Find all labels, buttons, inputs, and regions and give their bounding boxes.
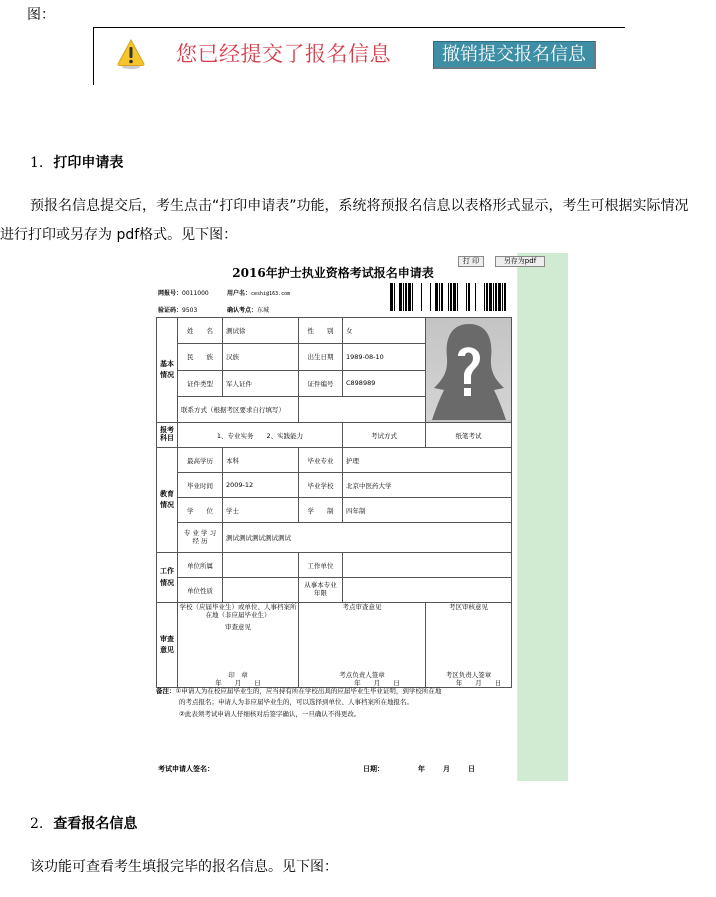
exam-mode-value: 纸笔考试 [426, 423, 512, 448]
work-years-value [343, 578, 512, 603]
exam-site: 确认考点：东城 [227, 305, 269, 314]
section-number: 2. [30, 816, 43, 832]
gender-label: 性 别 [299, 318, 343, 344]
school-review-heading: 学校（应届毕业生）或单位、人事档案所在地（非应届毕业生） [178, 603, 298, 619]
ethnic-label: 民 族 [178, 344, 223, 370]
degree-value: 学士 [223, 498, 299, 523]
school-review-subheading: 审查意见 [178, 623, 298, 631]
figure-label: 图： [27, 4, 55, 24]
barcode-image [390, 283, 508, 311]
site-review-cell: 考点审查意见 考点负责人签章 年 月 日 [299, 603, 426, 688]
study-experience-label: 专 业 学 习 经 历 [178, 523, 223, 553]
study-length-label: 学 制 [299, 498, 343, 523]
major-value: 护理 [343, 448, 512, 473]
site-review-heading: 考点审查意见 [299, 603, 425, 611]
graduation-time-value: 2009-12 [223, 473, 299, 498]
remarks-label: 备注： [156, 687, 176, 695]
subjects-category: 报考科目 [157, 423, 178, 448]
notice-message: 您已经提交了报名信息 [176, 38, 391, 68]
affiliation-label: 单位所属 [178, 553, 223, 578]
applicant-signature-label: 考试申请人签名： [158, 764, 214, 774]
date-year: 年 [418, 764, 425, 774]
section-number: 1. [30, 155, 43, 171]
education-level-value: 本科 [223, 448, 299, 473]
subjects-value: 1、专业实务 2、实践能力 [178, 423, 343, 448]
education-level-label: 最高学历 [178, 448, 223, 473]
work-category: 工作情况 [157, 553, 178, 603]
employer-nature-value [223, 578, 299, 603]
name-value: 测试徐 [223, 318, 299, 344]
remark-1-line1: ①申请人为在校应届毕业生的，应当持有所在学校出具的应届毕业生毕业证明，到学校所在… [176, 687, 442, 695]
district-review-cell: 考区审核意见 考区负责人签章 年 月 日 [426, 603, 512, 688]
district-review-heading: 考区审核意见 [426, 603, 511, 611]
gender-value: 女 [343, 318, 426, 344]
section-1-para-line2: 进行打印或另存为 pdf格式。见下图： [0, 224, 237, 244]
undo-submission-button[interactable]: 撤销提交报名信息 [433, 41, 596, 69]
employer-value [343, 553, 512, 578]
date-month: 月 [443, 764, 450, 774]
contact-label: 联系方式（根据考区要求自行填写） [178, 396, 299, 422]
warning-triangle-icon [116, 38, 146, 70]
contact-value [299, 396, 426, 422]
id-number-value: C898989 [343, 370, 426, 396]
remark-2: ②此表须考试申请人仔细核对后签字确认，一旦确认不得更改。 [156, 709, 511, 720]
school-label: 毕业学校 [299, 473, 343, 498]
degree-label: 学 位 [178, 498, 223, 523]
section-2-para: 该功能可查看考生填报完毕的报名信息。见下图： [30, 856, 338, 876]
id-number-label: 证件编号 [299, 370, 343, 396]
study-experience-value: 测试测试测试测试测试 [223, 523, 512, 553]
online-number: 网报号：0011000 [158, 288, 209, 297]
major-label: 毕业专业 [299, 448, 343, 473]
name-label: 姓 名 [178, 318, 223, 344]
district-signature-label: 考区负责人签章 [426, 671, 511, 679]
birth-label: 出生日期 [299, 344, 343, 370]
employer-label: 工作单位 [299, 553, 343, 578]
work-years-label: 从事本专业年限 [299, 578, 343, 603]
graduation-time-label: 毕业时间 [178, 473, 223, 498]
section-title: 打印申请表 [53, 155, 123, 171]
employer-nature-label: 单位性质 [178, 578, 223, 603]
affiliation-value [223, 553, 299, 578]
photo-placeholder [426, 318, 512, 423]
basic-info-category: 基本情况 [157, 318, 178, 423]
form-paper: 打 印 另存为pdf 2016年护士执业资格考试报名申请表 网报号：001100… [148, 253, 518, 781]
school-review-cell: 学校（应届毕业生）或单位、人事档案所在地（非应届毕业生） 审查意见 印 章 年 … [178, 603, 299, 688]
review-category: 审查意见 [157, 603, 178, 688]
application-table: 基本情况 姓 名 测试徐 性 别 女 民 族 汉族 [156, 317, 512, 688]
id-type-value: 军人证件 [223, 370, 299, 396]
education-category: 教育情况 [157, 448, 178, 553]
form-title: 2016年护士执业资格考试报名申请表 [148, 264, 518, 281]
site-signature-label: 考点负责人签章 [299, 671, 425, 679]
remarks: 备注：①申请人为在校应届毕业生的，应当持有所在学校出具的应届毕业生毕业证明，到学… [156, 686, 511, 720]
section-2-heading: 2.查看报名信息 [30, 813, 137, 833]
section-1-heading: 1.打印申请表 [30, 152, 123, 172]
seal-label: 印 章 [178, 671, 298, 679]
school-value: 北京中医药大学 [343, 473, 512, 498]
submission-notice: 您已经提交了报名信息 撤销提交报名信息 [93, 27, 625, 85]
study-length-value: 四年制 [343, 498, 512, 523]
section-title: 查看报名信息 [53, 816, 137, 832]
unknown-person-icon [426, 318, 512, 420]
date-label: 日期： [363, 764, 384, 774]
username: 用户名：ceshi@163.com [227, 288, 290, 297]
id-type-label: 证件类型 [178, 370, 223, 396]
ethnic-value: 汉族 [223, 344, 299, 370]
verify-code: 验证码：9503 [158, 305, 197, 314]
section-1-para-line1: 预报名信息提交后，考生点击“打印申请表”功能，系统将预报名信息以表格形式显示，考… [30, 195, 689, 215]
birth-value: 1989-08-10 [343, 344, 426, 370]
remark-1-line2: 的考点报名；申请人为非应届毕业生的，可以选择到单位、人事档案所在地报名。 [156, 697, 511, 708]
date-day: 日 [468, 764, 475, 774]
exam-mode-label: 考试方式 [343, 423, 426, 448]
application-form-screenshot: 打 印 另存为pdf 2016年护士执业资格考试报名申请表 网报号：001100… [148, 253, 568, 781]
